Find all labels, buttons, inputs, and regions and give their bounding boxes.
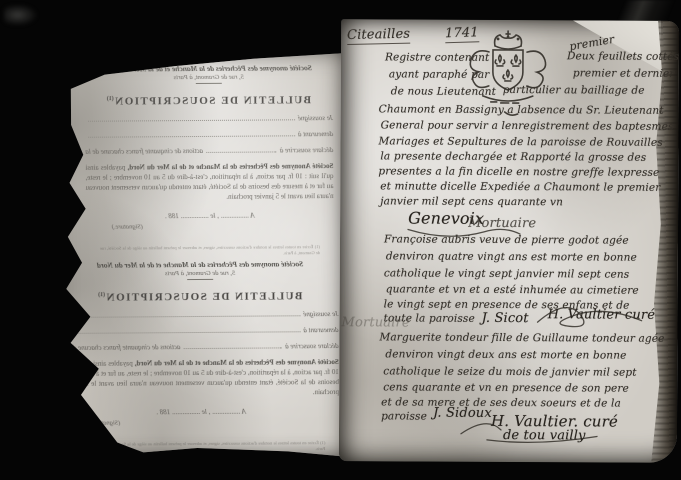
form-field-row: Je soussigné [62, 309, 338, 320]
form-org-name: Société anonyme des Pêcheries de la Manc… [62, 259, 338, 270]
page-header-place: Citeailles [347, 27, 410, 45]
form-title-note: (1) [107, 96, 114, 102]
entry-signature: H. Vaultier curé [548, 307, 656, 323]
entry-line: et de sa mere et de ses deux soeurs et d… [381, 396, 621, 409]
bulletin-form-top: Société anonyme des Pêcheries de la Manc… [85, 63, 334, 259]
book-fore-edge [645, 21, 679, 463]
field-suffix-actions: actions de cinquante francs chacune de l… [63, 343, 181, 352]
left-page-verso: Société anonyme des Pêcheries de la Manc… [45, 49, 350, 459]
form-org-name: Société anonyme des Pêcheries de la Manc… [85, 63, 333, 74]
form-body: Société Anonyme des Pêcheries de la Manc… [85, 161, 333, 203]
dotted-line [88, 129, 295, 137]
entry-line: Marguerite tondeur fille de Guillaume to… [379, 331, 664, 344]
bulletin-form-bottom: Société anonyme des Pêcheries de la Manc… [62, 259, 339, 455]
dotted-line [66, 325, 301, 334]
opening-line: et minutte dicelle Expediée a Chaumont l… [380, 180, 660, 193]
entry-heading-mortuaire: Mortuaire [468, 216, 536, 231]
entry-heading-mortuaire: Mortuaire [342, 315, 410, 330]
opening-line-right: premier et dernier [573, 67, 675, 80]
opening-line: Mariages et Sepultures de la paroisse de… [378, 135, 662, 148]
field-label-souscrire: déclare souscrire à [280, 146, 334, 154]
form-title-text: BULLETIN DE SOUSCRIPTION [114, 94, 311, 107]
entry-line: catholique le seize du mois de janvier m… [383, 365, 636, 378]
form-rule [196, 83, 222, 84]
field-label-soussigne: Je soussigné [298, 114, 333, 122]
dotted-line [65, 309, 300, 318]
field-label-demeurant: demeurant à [298, 130, 333, 138]
dotted-line [183, 341, 282, 349]
opening-line-left: ayant paraphé par [389, 68, 490, 81]
form-title: BULLETIN DE SOUSCRIPTION(1) [62, 290, 338, 304]
opening-line-right: particulier au bailliage de [503, 84, 645, 97]
entry-line: paroisse [381, 410, 427, 422]
entry-line: denviron vingt deux ans est morte en bon… [385, 348, 626, 361]
form-field-row: déclare souscrire àactions de cinquante … [63, 341, 339, 352]
form-body-bold: Société Anonyme des Pêcheries de la Manc… [127, 162, 333, 171]
form-org-address: 5, rue de Gramont, à Paris [85, 73, 333, 82]
opening-line-right: Deux feuillets cottés [567, 50, 679, 63]
form-title-note: (1) [98, 292, 105, 298]
entry-line: Françoise aubris veuve de pierre godot a… [384, 233, 629, 246]
form-field-row: Je soussigné [85, 113, 333, 124]
right-page-recto: Citeailles 1741 premier Registre contena… [339, 19, 679, 463]
entry-line: cens quarante et vn en presence de son p… [383, 381, 629, 394]
form-field-row: demeurant à [63, 325, 339, 336]
form-signature-label: (Signature.) [63, 418, 339, 427]
form-date-line: A ................ , le ................… [63, 407, 339, 417]
opening-line: janvier mil sept cens quarante vn [380, 195, 563, 208]
form-body: Société Anonyme des Pêcheries de la Manc… [63, 357, 339, 399]
field-label-soussigne: Je soussigné [303, 310, 338, 318]
form-date-line: A ................ , le ................… [86, 211, 334, 221]
form-org-address: 5, rue de Gramont, à Paris [62, 269, 338, 278]
dotted-line [88, 113, 295, 121]
entry-line: quarante et vn et a esté inhumée au cime… [386, 283, 639, 296]
field-suffix-actions: actions de cinquante francs chacune de l… [85, 147, 203, 156]
form-body-bold: Société Anonyme des Pêcheries de la Manc… [135, 358, 339, 367]
background-smudge [4, 4, 38, 26]
opening-line-left: Registre contenant [385, 51, 490, 64]
scanned-register-spread: Société anonyme des Pêcheries de la Manc… [0, 0, 681, 480]
entry-signature: de tou vailly [503, 428, 586, 443]
opening-line: Chaumont en Bassigny a labsence du Sr. L… [379, 103, 664, 116]
form-rule [187, 279, 213, 280]
entry-line: catholique le vingt sept janvier mil sep… [384, 267, 630, 280]
opening-line-left: de nous Lieutenant [391, 85, 496, 98]
entry-line: denviron quatre vingt ans est morte en b… [386, 250, 637, 263]
dotted-line [206, 145, 277, 152]
form-footnote: (1) Écrire en toutes lettres le nombre d… [63, 440, 339, 455]
form-footnote: (1) Écrire en toutes lettres le nombre d… [86, 244, 334, 259]
opening-line: presentes a la fin dicelle en nostre gre… [378, 165, 659, 178]
form-field-row: déclare souscrire àactions de cinquante … [85, 145, 333, 156]
form-signature-label: (Signature.) [86, 222, 334, 231]
form-title-text: BULLETIN DE SOUSCRIPTION [105, 290, 302, 303]
form-field-row: demeurant à [85, 129, 333, 140]
field-label-demeurant: demeurant à [303, 326, 338, 334]
entry-signature: J. Sicot [482, 311, 529, 326]
opening-line: General pour servir a lenregistrement de… [381, 119, 674, 133]
opening-line: la presente dechargée et Rapporté la gro… [380, 150, 646, 163]
field-label-souscrire: déclare souscrire à [285, 342, 339, 350]
form-title: BULLETIN DE SOUSCRIPTION(1) [85, 94, 333, 108]
entry-signature: J. Sidoux [433, 406, 492, 421]
